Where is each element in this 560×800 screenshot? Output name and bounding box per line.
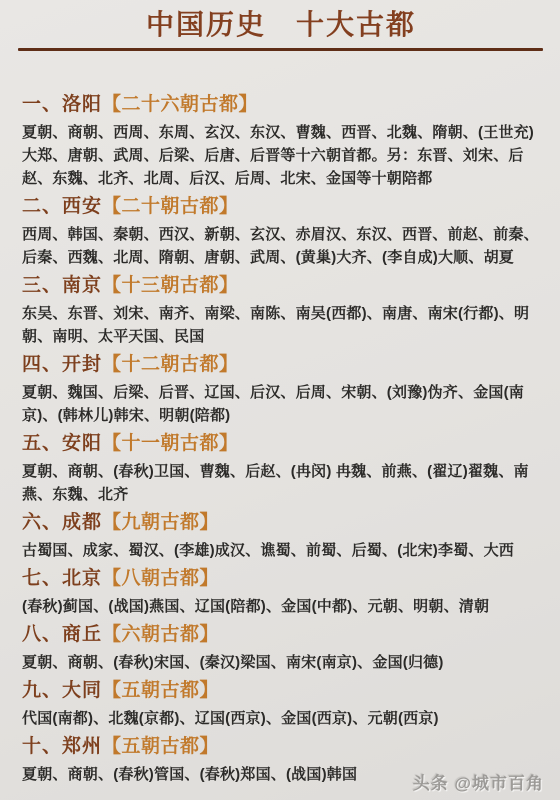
section-heading: 八、商丘【六朝古都】 [22, 623, 540, 647]
section-nanjing: 三、南京【十三朝古都】 东吴、东晋、刘宋、南齐、南梁、南陈、南吴(西都)、南唐、… [22, 274, 540, 348]
section-heading-tag: 【六朝古都】 [102, 624, 219, 645]
section-heading-tag: 【十二朝古都】 [102, 354, 239, 375]
section-body: 代国(南都)、北魏(京都)、辽国(西京)、金国(西京)、元朝(西京) [22, 707, 540, 730]
section-anyang: 五、安阳【十一朝古都】 夏朝、商朝、(春秋)卫国、曹魏、后赵、(冉闵) 冉魏、前… [22, 432, 540, 506]
section-heading-city: 一、洛阳 [22, 94, 102, 115]
section-heading: 七、北京【八朝古都】 [22, 567, 540, 591]
section-heading-city: 七、北京 [22, 568, 102, 589]
sections-list: 一、洛阳【二十六朝古都】 夏朝、商朝、西周、东周、玄汉、东汉、曹魏、西晋、北魏、… [22, 93, 540, 786]
section-heading: 六、成都【九朝古都】 [22, 511, 540, 535]
page-title: 中国历史 十大古都 [22, 8, 540, 42]
section-heading-tag: 【二十六朝古都】 [102, 94, 258, 115]
infographic-page: 中国历史 十大古都 一、洛阳【二十六朝古都】 夏朝、商朝、西周、东周、玄汉、东汉… [0, 0, 560, 800]
section-heading-tag: 【五朝古都】 [102, 736, 219, 757]
section-luoyang: 一、洛阳【二十六朝古都】 夏朝、商朝、西周、东周、玄汉、东汉、曹魏、西晋、北魏、… [22, 93, 540, 190]
section-shangqiu: 八、商丘【六朝古都】 夏朝、商朝、(春秋)宋国、(秦汉)梁国、南宋(南京)、金国… [22, 623, 540, 674]
section-heading-tag: 【五朝古都】 [102, 680, 219, 701]
section-body: 西周、韩国、秦朝、西汉、新朝、玄汉、赤眉汉、东汉、西晋、前赵、前秦、后秦、西魏、… [22, 223, 540, 269]
section-body: (春秋)蓟国、(战国)燕国、辽国(陪都)、金国(中都)、元朝、明朝、清朝 [22, 595, 540, 618]
section-xian: 二、西安【二十朝古都】 西周、韩国、秦朝、西汉、新朝、玄汉、赤眉汉、东汉、西晋、… [22, 195, 540, 269]
section-heading-city: 三、南京 [22, 275, 102, 296]
title-underline [18, 48, 543, 51]
section-heading-city: 九、大同 [22, 680, 102, 701]
section-heading-tag: 【八朝古都】 [102, 568, 219, 589]
section-heading: 一、洛阳【二十六朝古都】 [22, 93, 540, 117]
section-heading: 三、南京【十三朝古都】 [22, 274, 540, 298]
section-heading-city: 十、郑州 [22, 736, 102, 757]
section-datong: 九、大同【五朝古都】 代国(南都)、北魏(京都)、辽国(西京)、金国(西京)、元… [22, 679, 540, 730]
section-body: 夏朝、商朝、西周、东周、玄汉、东汉、曹魏、西晋、北魏、隋朝、(王世充)大郑、唐朝… [22, 121, 540, 190]
watermark: 头条 @城市百角 [413, 769, 544, 794]
section-heading-tag: 【二十朝古都】 [102, 196, 239, 217]
section-heading: 二、西安【二十朝古都】 [22, 195, 540, 219]
section-chengdu: 六、成都【九朝古都】 古蜀国、成家、蜀汉、(李雄)成汉、谯蜀、前蜀、后蜀、(北宋… [22, 511, 540, 562]
section-heading: 四、开封【十二朝古都】 [22, 353, 540, 377]
section-heading-city: 四、开封 [22, 354, 102, 375]
section-body: 夏朝、商朝、(春秋)宋国、(秦汉)梁国、南宋(南京)、金国(归德) [22, 651, 540, 674]
section-heading-tag: 【九朝古都】 [102, 512, 219, 533]
section-heading: 九、大同【五朝古都】 [22, 679, 540, 703]
section-beijing: 七、北京【八朝古都】 (春秋)蓟国、(战国)燕国、辽国(陪都)、金国(中都)、元… [22, 567, 540, 618]
section-body: 夏朝、魏国、后梁、后晋、辽国、后汉、后周、宋朝、(刘豫)伪齐、金国(南京)、(韩… [22, 381, 540, 427]
section-heading-tag: 【十三朝古都】 [102, 275, 239, 296]
section-heading-city: 五、安阳 [22, 433, 102, 454]
section-heading-city: 六、成都 [22, 512, 102, 533]
section-heading: 十、郑州【五朝古都】 [22, 735, 540, 759]
section-kaifeng: 四、开封【十二朝古都】 夏朝、魏国、后梁、后晋、辽国、后汉、后周、宋朝、(刘豫)… [22, 353, 540, 427]
section-body: 夏朝、商朝、(春秋)卫国、曹魏、后赵、(冉闵) 冉魏、前燕、(翟辽)翟魏、南燕、… [22, 460, 540, 506]
section-heading-city: 二、西安 [22, 196, 102, 217]
section-body: 古蜀国、成家、蜀汉、(李雄)成汉、谯蜀、前蜀、后蜀、(北宋)李蜀、大西 [22, 539, 540, 562]
section-heading-city: 八、商丘 [22, 624, 102, 645]
section-heading-tag: 【十一朝古都】 [102, 433, 239, 454]
section-heading: 五、安阳【十一朝古都】 [22, 432, 540, 456]
section-body: 东吴、东晋、刘宋、南齐、南梁、南陈、南吴(西都)、南唐、南宋(行都)、明朝、南明… [22, 302, 540, 348]
